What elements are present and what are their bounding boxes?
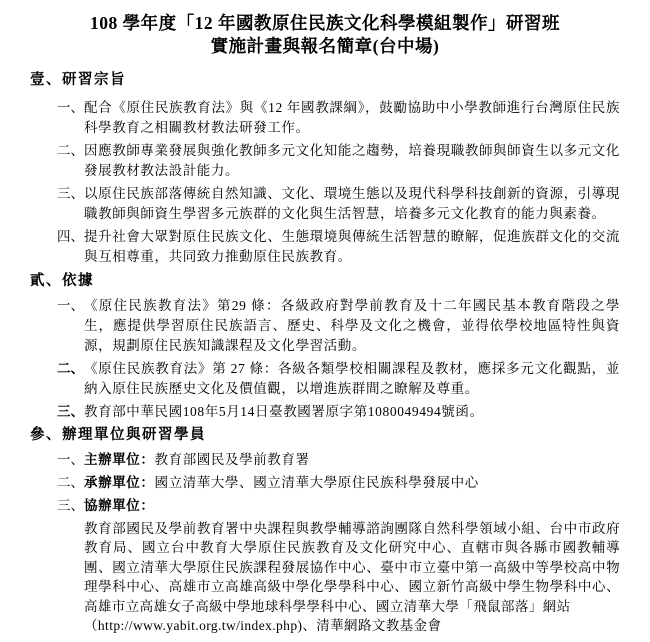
- item-number: 一、: [57, 296, 84, 356]
- list-item: 二、 因應教師專業發展與強化教師多元文化知能之趨勢，培養現職教師與師資生以多元文…: [57, 141, 620, 181]
- document-page: 108 學年度「12 年國教原住民族文化科學模組製作」研習班 實施計畫與報名簡章…: [0, 0, 650, 642]
- item-text: 《原住民族教育法》第 27 條：各級各類學校相關課程及教材，應採多元文化觀點，並…: [84, 359, 620, 399]
- organizer-label: 協辦單位：: [84, 498, 155, 513]
- item-text: 配合《原住民族教育法》與《12 年國教課綱》，鼓勵協助中小學教師進行台灣原住民族…: [84, 98, 620, 138]
- item-number: 三、: [57, 402, 84, 422]
- item-text: 因應教師專業發展與強化教師多元文化知能之趨勢，培養現職教師與師資生以多元文化發展…: [84, 141, 620, 181]
- section-organizers: 參、辦理單位與研習學員 一、 主辦單位：教育部國民及學前教育署 二、 承辦單位：…: [30, 425, 620, 635]
- list-item: 二、 承辦單位：國立清華大學、國立清華大學原住民族科學發展中心: [57, 473, 620, 493]
- organizer-label: 主辦單位：: [84, 452, 155, 467]
- item-text: 《原住民族教育法》第29 條：各級政府對學前教育及十二年國民基本教育階段之學生，…: [84, 296, 620, 356]
- section-organizers-heading: 參、辦理單位與研習學員: [30, 425, 620, 445]
- item-text: 以原住民族部落傳統自然知識、文化、環境生態以及現代科學科技創新的資源，引導現職教…: [84, 184, 620, 224]
- item-text: 提升社會大眾對原住民族文化、生態環境與傳統生活智慧的瞭解，促進族群文化的交流與互…: [84, 227, 620, 267]
- item-text: 承辦單位：國立清華大學、國立清華大學原住民族科學發展中心: [84, 473, 620, 493]
- organizer-value: 國立清華大學、國立清華大學原住民族科學發展中心: [155, 475, 479, 490]
- organizer-value: 教育部國民及學前教育署: [155, 452, 310, 467]
- item-number: 三、: [57, 184, 84, 224]
- list-item: 一、 《原住民族教育法》第29 條：各級政府對學前教育及十二年國民基本教育階段之…: [57, 296, 620, 356]
- list-item: 四、 提升社會大眾對原住民族文化、生態環境與傳統生活智慧的瞭解，促進族群文化的交…: [57, 227, 620, 267]
- list-item: 三、 以原住民族部落傳統自然知識、文化、環境生態以及現代科學科技創新的資源，引導…: [57, 184, 620, 224]
- item-text: 協辦單位：: [84, 496, 620, 516]
- document-title-line1: 108 學年度「12 年國教原住民族文化科學模組製作」研習班: [30, 12, 620, 35]
- section-purpose-heading: 壹、研習宗旨: [30, 70, 620, 90]
- co-organizer-url-line: （http://www.yabit.org.tw/index.php)、清華網路…: [84, 616, 620, 635]
- section-basis: 貳、依據 一、 《原住民族教育法》第29 條：各級政府對學前教育及十二年國民基本…: [30, 271, 620, 422]
- item-number: 一、: [57, 98, 84, 138]
- item-number: 四、: [57, 227, 84, 267]
- item-number: 二、: [57, 141, 84, 181]
- section-basis-heading: 貳、依據: [30, 271, 620, 291]
- item-text: 主辦單位：教育部國民及學前教育署: [84, 450, 620, 470]
- item-number: 三、: [57, 496, 84, 516]
- list-item: 一、 主辦單位：教育部國民及學前教育署: [57, 450, 620, 470]
- list-item: 三、 教育部中華民國108年5月14日臺教國署原字第1080049494號函。: [57, 402, 620, 422]
- list-item: 三、 協辦單位：: [57, 496, 620, 516]
- list-item: 二、 《原住民族教育法》第 27 條：各級各類學校相關課程及教材，應採多元文化觀…: [57, 359, 620, 399]
- co-organizer-text: 教育部國民及學前教育署中央課程與教學輔導諮詢團隊自然科學領域小組、台中市政府教育…: [84, 519, 620, 616]
- co-organizer-paragraph: 教育部國民及學前教育署中央課程與教學輔導諮詢團隊自然科學領域小組、台中市政府教育…: [84, 519, 620, 635]
- item-number: 二、: [57, 473, 84, 493]
- organizer-label: 承辦單位：: [84, 475, 155, 490]
- item-text: 教育部中華民國108年5月14日臺教國署原字第1080049494號函。: [84, 402, 620, 422]
- section-purpose: 壹、研習宗旨 一、 配合《原住民族教育法》與《12 年國教課綱》，鼓勵協助中小學…: [30, 70, 620, 267]
- item-number: 一、: [57, 450, 84, 470]
- item-number: 二、: [57, 359, 84, 399]
- document-title: 108 學年度「12 年國教原住民族文化科學模組製作」研習班 實施計畫與報名簡章…: [30, 12, 620, 58]
- document-title-line2: 實施計畫與報名簡章(台中場): [30, 35, 620, 58]
- list-item: 一、 配合《原住民族教育法》與《12 年國教課綱》，鼓勵協助中小學教師進行台灣原…: [57, 98, 620, 138]
